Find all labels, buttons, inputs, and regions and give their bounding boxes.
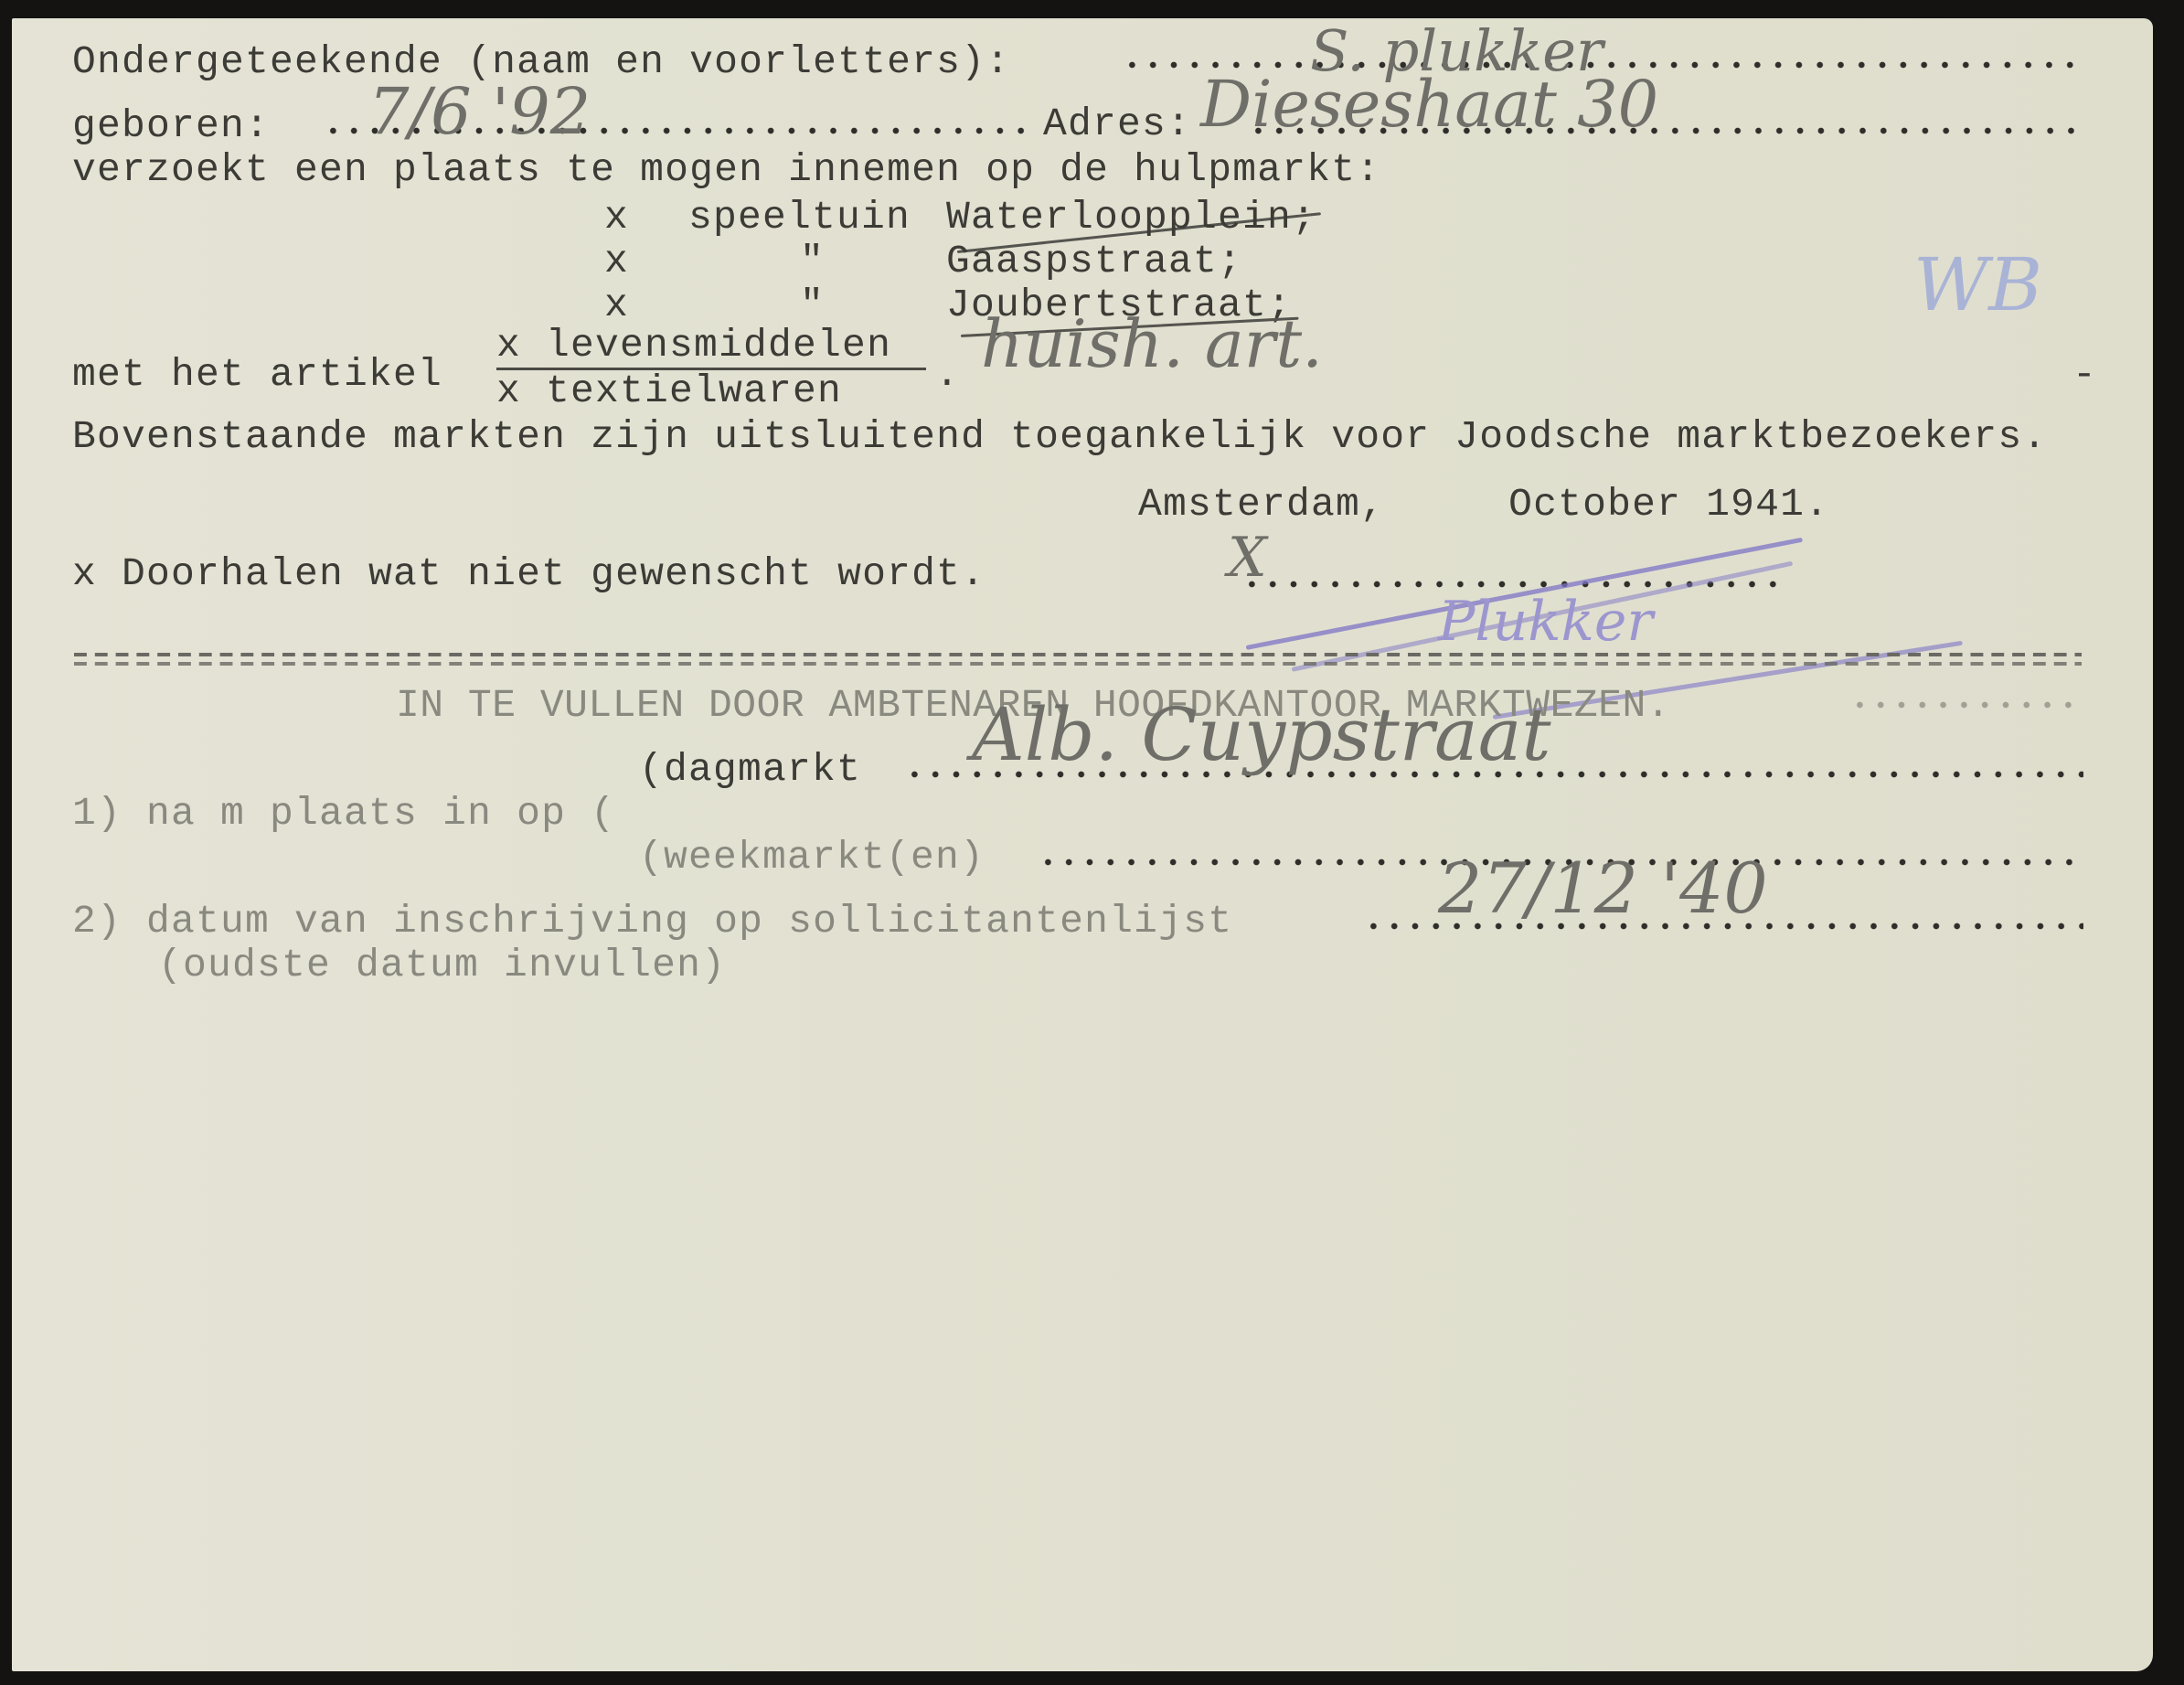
item1-label: 1) na m plaats in op (: [72, 792, 615, 836]
artikel-handwritten: huish. art.: [981, 315, 1323, 373]
signature: Plukker: [1438, 592, 1653, 651]
heading-dotted-tail: [1849, 700, 2078, 709]
document-card: Ondergeteekende (naam en voorletters): S…: [12, 18, 2153, 1671]
born-value: 7/6 '92: [368, 82, 591, 141]
address-value: Dieseshaat 30: [1200, 75, 1658, 133]
market-gaaspstraat: Gaaspstraat;: [946, 240, 1242, 283]
artikel-label: met het artikel: [72, 353, 442, 397]
separator-rule: [74, 662, 2082, 666]
artikel-option-textielwaren: x textielwaren: [496, 369, 842, 413]
request-line: verzoekt een plaats te mogen innemen op …: [72, 148, 1380, 192]
dagmarkt-value: Alb. Cuypstraat: [972, 706, 1551, 764]
weekmarkt-label: (weekmarkt(en): [639, 836, 985, 880]
notice-text: Bovenstaande markten zijn uitsluitend to…: [72, 415, 2047, 459]
place-date: Amsterdam, October 1941.: [1138, 483, 1829, 527]
market-prefix: ": [800, 283, 825, 327]
footnote: x Doorhalen wat niet gewenscht wordt.: [72, 552, 985, 596]
margin-note: WB: [1913, 256, 2042, 315]
market-prefix: ": [800, 240, 825, 283]
separator-rule: [74, 653, 2082, 656]
dagmarkt-label: (dagmarkt: [639, 748, 861, 792]
item2-value: 27/12 '40: [1438, 859, 1768, 918]
margin-dash: -: [2072, 353, 2097, 397]
market-mark: x: [604, 196, 629, 240]
signature-mark: X: [1228, 528, 1267, 587]
item2-sub: (oudste datum invullen): [158, 944, 726, 987]
market-mark: x: [604, 283, 629, 327]
item2-label: 2) datum van inschrijving op sollicitant…: [72, 900, 1232, 944]
born-label: geboren:: [72, 104, 270, 148]
market-waterloopplein: Waterloopplein;: [946, 196, 1316, 240]
address-label: Adres:: [1043, 102, 1191, 146]
artikel-period: .: [935, 353, 960, 397]
market-prefix: speeltuin: [688, 196, 911, 240]
market-mark: x: [604, 240, 629, 283]
artikel-option-levensmiddelen: x levensmiddelen: [496, 324, 891, 368]
